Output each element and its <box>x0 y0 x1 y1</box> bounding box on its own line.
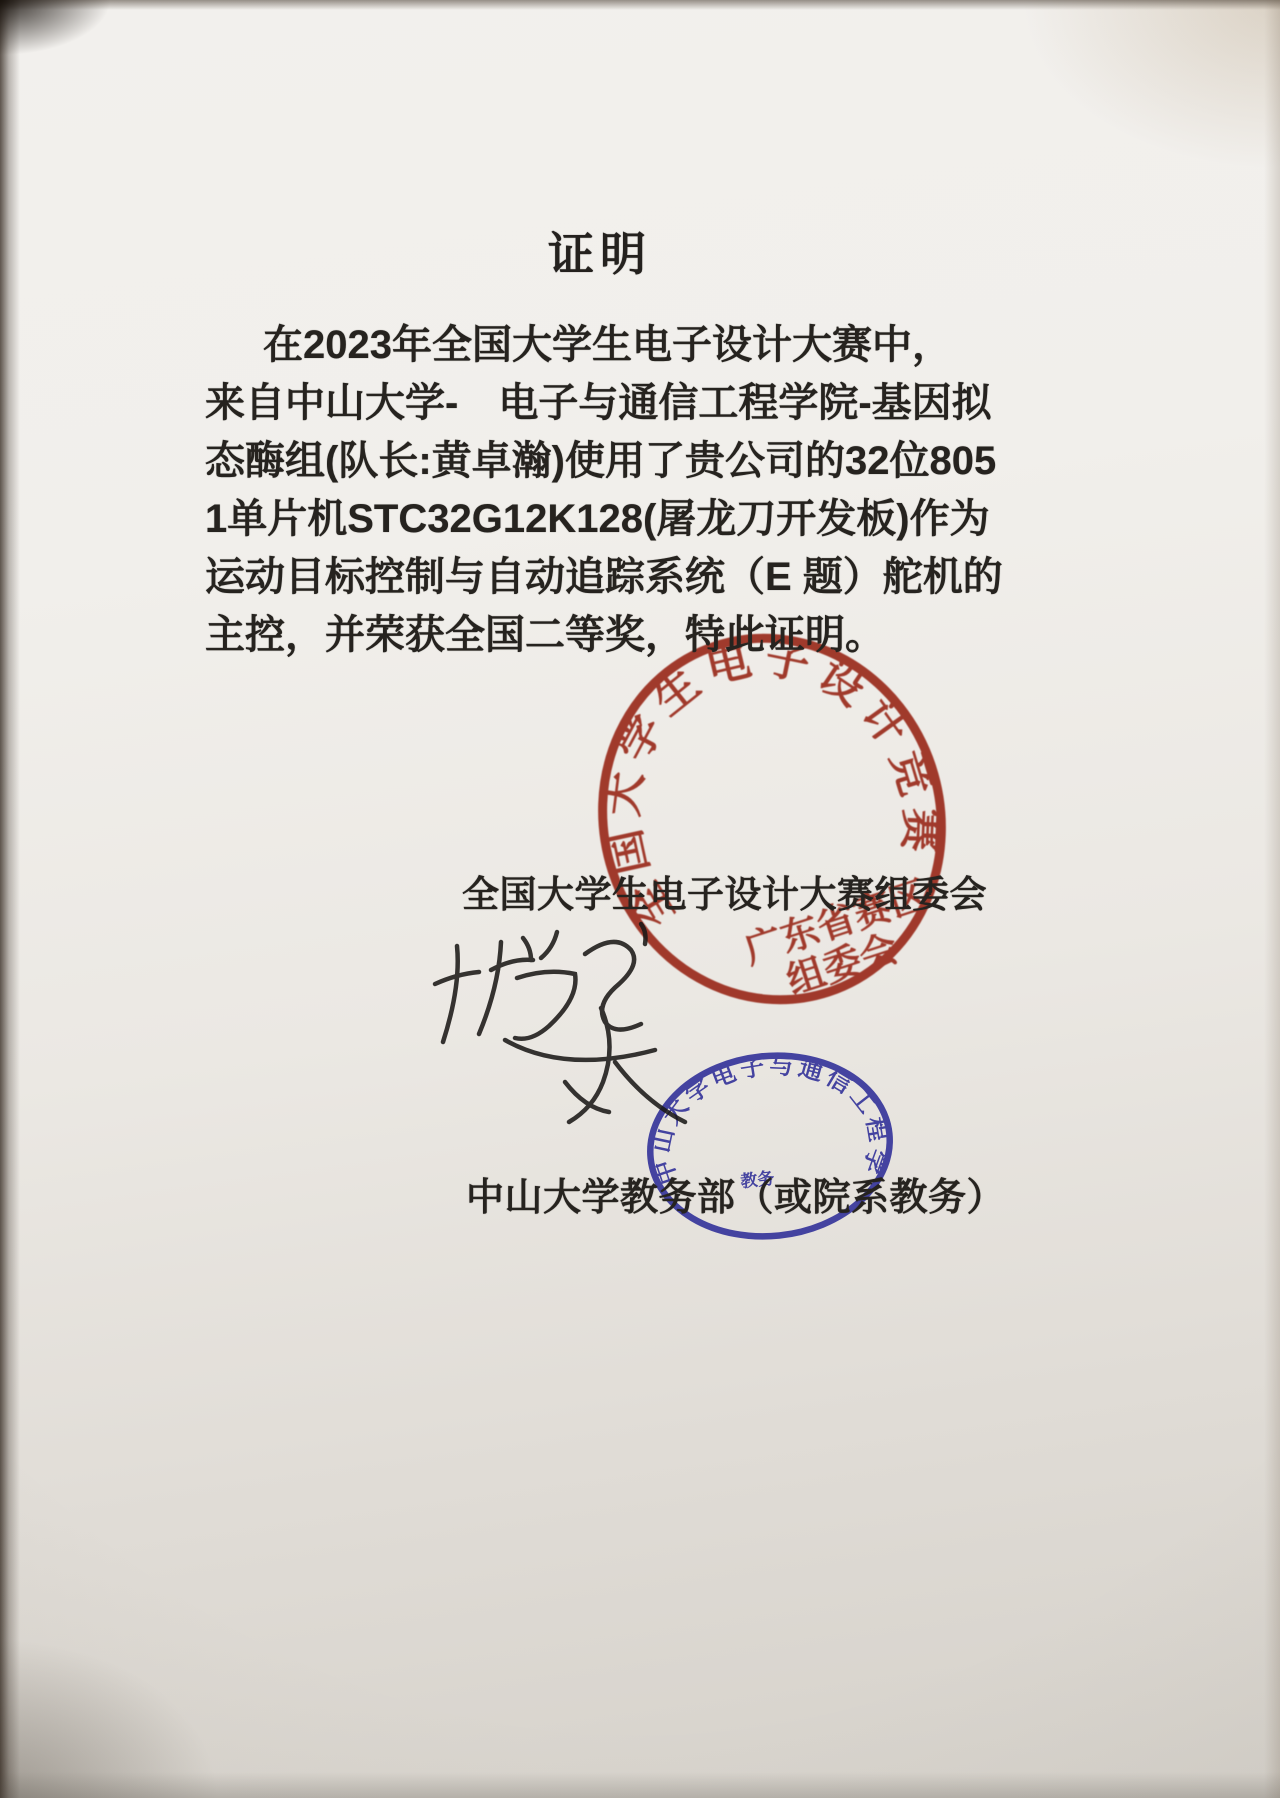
body-line-6: 主控，并荣获全国二等奖，特此证明。 <box>205 606 1035 664</box>
body-line-2: 来自中山大学- 电子与通信工程学院-基因拟 <box>205 374 1035 432</box>
body-line-1: 在2023年全国大学生电子设计大赛中， <box>205 316 1035 374</box>
certificate-body: 在2023年全国大学生电子设计大赛中， 来自中山大学- 电子与通信工程学院-基因… <box>205 316 1035 664</box>
photo-corner-shadow-top-left <box>0 0 120 60</box>
issuer-line: 全国大学生电子设计大赛组委会 <box>462 864 987 918</box>
photo-edge-shadow-right <box>1264 0 1280 1798</box>
certificate-title: 证明 <box>205 218 995 284</box>
body-line-5: 运动目标控制与自动追踪系统（E 题）舵机的 <box>205 548 1035 606</box>
body-line-4: 1单片机STC32G12K128(屠龙刀开发板)作为 <box>205 490 1035 548</box>
handwritten-signature <box>405 912 705 1172</box>
signature-strokes <box>435 924 685 1122</box>
photo-edge-shadow-left <box>0 0 20 1798</box>
photo-edge-shadow-bottom <box>0 1772 1280 1798</box>
photo-edge-shadow-top <box>0 0 1280 10</box>
certificate-photo: 证明 在2023年全国大学生电子设计大赛中， 来自中山大学- 电子与通信工程学院… <box>0 0 1280 1798</box>
photo-corner-shadow-top-right <box>1020 0 1280 170</box>
body-line-3: 态酶组(队长:黄卓瀚)使用了贵公司的32位805 <box>205 432 1035 490</box>
department-line: 中山大学教务部（或院系教务） <box>466 1166 1005 1221</box>
